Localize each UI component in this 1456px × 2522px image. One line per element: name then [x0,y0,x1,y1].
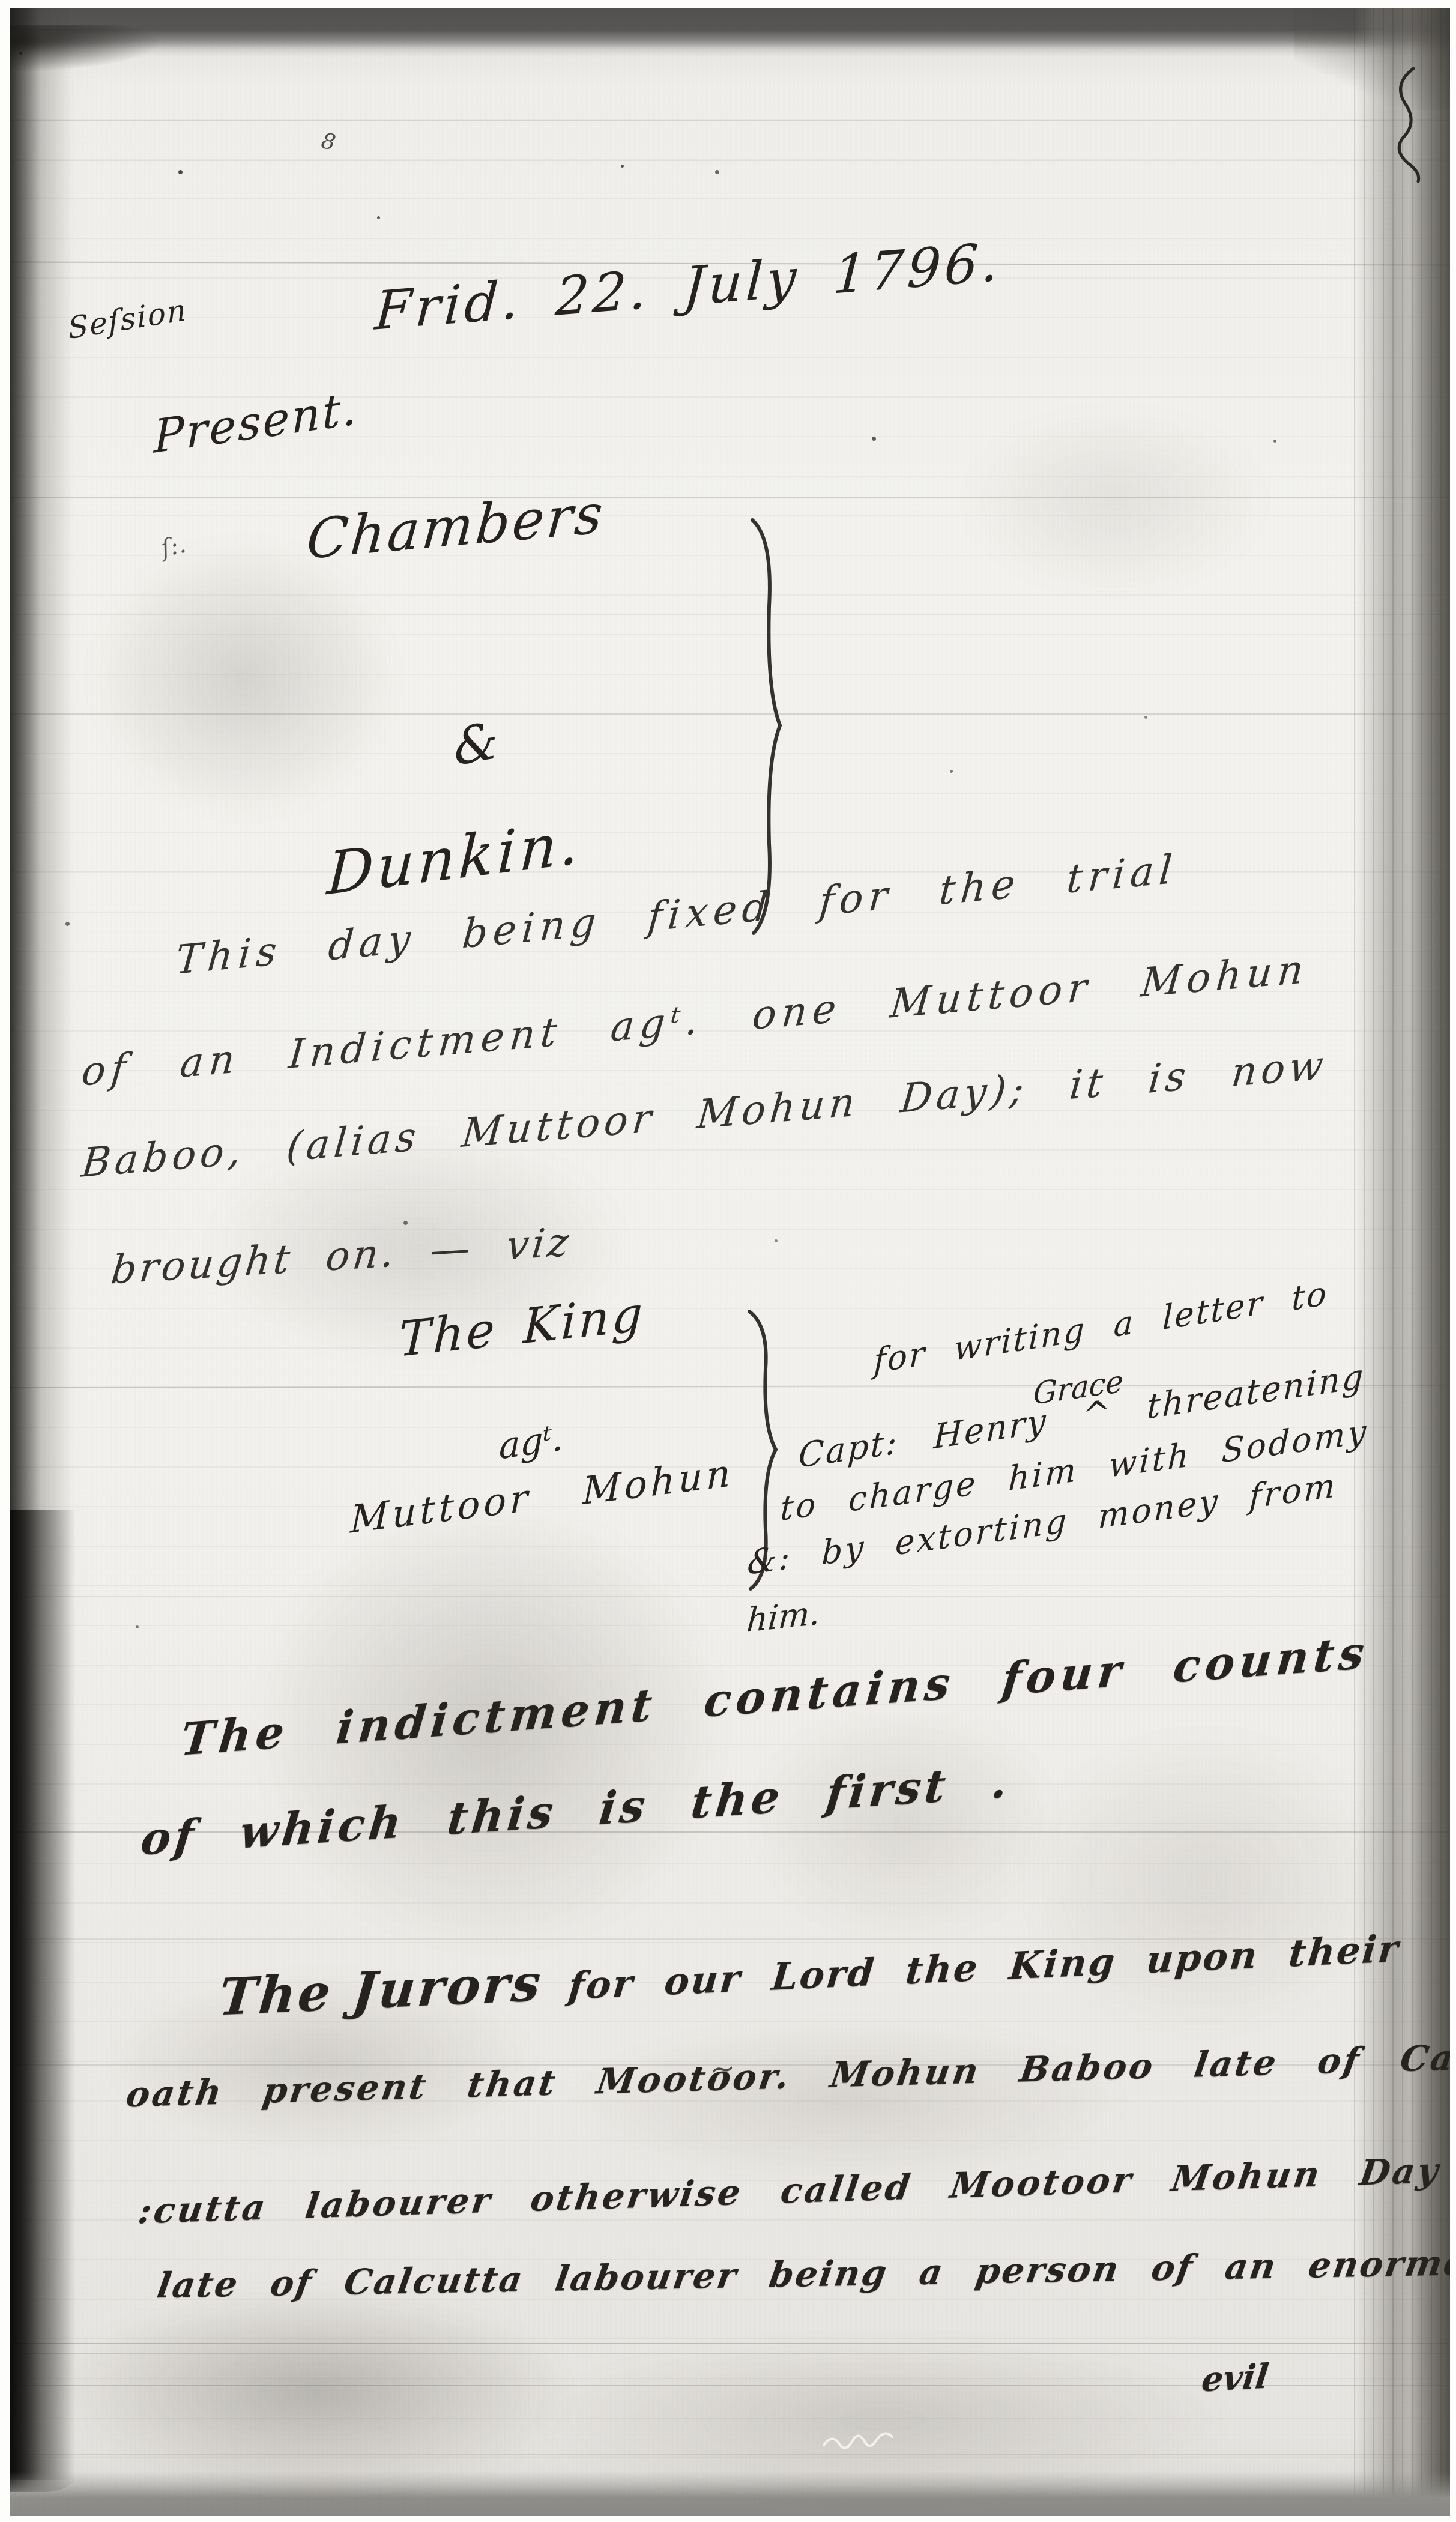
ampersand: & [452,710,500,777]
ink-stain [568,2020,1132,2182]
ruled-line [10,160,1450,161]
present-label: Present. [154,381,358,464]
case-versus-abbrev: agᵗ. [499,1417,563,1468]
ruled-line [10,713,1450,715]
ruled-line [10,614,1450,615]
date-heading: Frid. 22. July 1796. [373,231,1004,342]
counts-line-1: The indictment contains four counts [178,1627,1371,1766]
ink-stain [1018,1726,1391,2038]
ruled-line [10,2353,1450,2354]
charge-line-5: him. [745,1593,821,1640]
marginalia-session: Seſsion [67,292,188,346]
indictment-line-4: late of Calcutta labourer being a person… [154,2241,1450,2306]
ruled-line [10,2454,1450,2455]
manuscript-scan: Seſsion 8 Frid. 22. July 1796. Present. … [0,0,1456,2522]
ink-stain [88,537,400,819]
page-mark: 8 [319,129,337,156]
top-edge-shadow [10,8,1450,56]
judge-name-dunkin: Dunkin. [325,808,584,909]
bottom-edge-shadow [10,2472,1450,2516]
indictment-line-3: :cutta labourer otherwise called Mootoor… [136,2150,1443,2231]
ruled-line [10,871,1450,872]
paper: Seſsion 8 Frid. 22. July 1796. Present. … [10,8,1450,2516]
charge-line-1: for writing a letter to [873,1274,1328,1380]
thread-squiggle-icon [1392,67,1434,187]
judge-margin-mark: ſ:. [159,530,189,563]
left-bottom-shadow [10,1510,94,2492]
jurors-opening: The Jurors [217,1953,546,2027]
right-gutter-shadow [1354,8,1450,2516]
ruled-line [10,2343,1450,2344]
judge-name-chambers: Chambers [304,482,608,572]
ink-stain [958,405,1270,597]
catchword-evil: evil [1200,2356,1271,2400]
scratch-mark [821,2419,911,2467]
ruled-line [10,497,1450,498]
ruled-line [10,120,1450,121]
counts-line-2: of which this is the first . [139,1756,1014,1866]
case-plaintiff: The King [398,1286,646,1368]
intro-line-1: This day being fixed for the trial [174,845,1179,984]
intro-line-4: brought on. — viz [109,1218,574,1293]
bench-brace-icon [743,516,791,937]
indictment-line-2: oath present that Mootoor. Mohun Baboo l… [124,2036,1450,2115]
case-defendant: Muttoor Mohun [350,1451,734,1542]
ink-stain [64,2290,568,2494]
ruled-line [10,1596,1450,1597]
indictment-line-1: The Jurors for our Lord the King upon th… [217,1914,1403,2027]
ink-specks [19,52,22,55]
